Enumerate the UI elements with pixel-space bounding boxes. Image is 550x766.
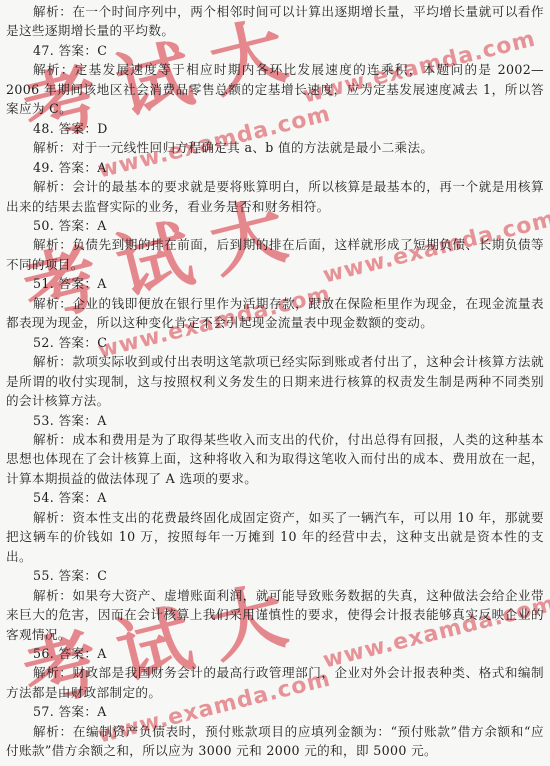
question-number: 52.: [33, 335, 54, 350]
answer-line: 50. 答案：A: [6, 216, 544, 235]
answer-value: A: [97, 218, 106, 233]
answer-value: C: [97, 335, 107, 350]
answer-value: D: [97, 121, 107, 136]
answer-key-page: 解析：在一个时间序列中，两个相邻时间可以计算出逐期增长量，平均增长量就可以看作是…: [6, 2, 544, 761]
question-number: 55.: [33, 568, 54, 583]
analysis-text: 款项实际收到或付出表明这笔款项已经实际到账或者付出了，这种会计核算方法就是所谓的…: [6, 354, 544, 408]
analysis-text: 如果夸大资产、虚增账面利润，就可能导致账务数据的失真，这种做法会给企业带来巨大的…: [6, 588, 544, 642]
analysis-text: 负债先到期的排在前面，后到期的排在后面，这样就形成了短期负债、长期负债等不同的项…: [6, 237, 544, 271]
answer-value: A: [97, 490, 106, 505]
answer-label: 答案：: [58, 335, 97, 350]
analysis-paragraph: 解析：在编制资产负债表时，预付账款项目的应填列金额为：“预付账款”借方余额和“应…: [6, 722, 544, 761]
answer-value: C: [97, 43, 107, 58]
analysis-label: 解析：: [33, 354, 72, 369]
analysis-text: 会计的最基本的要求就是要将账算明白，所以核算是最基本的，再一个就是用核算出来的结…: [6, 179, 544, 213]
answer-value: A: [97, 160, 106, 175]
question-number: 47.: [33, 43, 54, 58]
analysis-paragraph: 解析：款项实际收到或付出表明这笔款项已经实际到账或者付出了，这种会计核算方法就是…: [6, 352, 544, 410]
analysis-label: 解析：: [33, 62, 75, 77]
answer-label: 答案：: [58, 568, 97, 583]
analysis-text: 企业的钱即便放在银行里作为活期存款，跟放在保险柜里作为现金，在现金流量表都表现为…: [6, 296, 544, 330]
analysis-label: 解析：: [33, 665, 72, 680]
answer-label: 答案：: [58, 218, 97, 233]
answer-line: 49. 答案：A: [6, 158, 544, 177]
answer-line: 47. 答案：C: [6, 41, 544, 60]
question-number: 51.: [33, 276, 54, 291]
analysis-text: 成本和费用是为了取得某些收入而支出的代价，付出总得有回报，人类的这种基本思想也体…: [6, 432, 544, 486]
answer-label: 答案：: [58, 490, 97, 505]
analysis-text: 在一个时间序列中，两个相邻时间可以计算出逐期增长量，平均增长量就可以看作是这些逐…: [6, 4, 544, 38]
analysis-paragraph: 解析：会计的最基本的要求就是要将账算明白，所以核算是最基本的，再一个就是用核算出…: [6, 177, 544, 216]
answer-line: 57. 答案：A: [6, 702, 544, 721]
analysis-label: 解析：: [33, 588, 72, 603]
analysis-paragraph: 解析：企业的钱即便放在银行里作为活期存款，跟放在保险柜里作为现金，在现金流量表都…: [6, 294, 544, 333]
analysis-paragraph: 解析：财政部是我国财务会计的最高行政管理部门，企业对外会计报表种类、格式和编制方…: [6, 663, 544, 702]
analysis-label: 解析：: [33, 432, 72, 447]
analysis-paragraph: 解析：负债先到期的排在前面，后到期的排在后面，这样就形成了短期负债、长期负债等不…: [6, 235, 544, 274]
answer-value: C: [97, 568, 107, 583]
answer-line: 56. 答案：A: [6, 644, 544, 663]
question-number: 54.: [33, 490, 54, 505]
question-number: 48.: [33, 121, 54, 136]
answer-label: 答案：: [58, 276, 97, 291]
question-number: 53.: [33, 413, 54, 428]
analysis-label: 解析：: [33, 140, 72, 155]
answer-line: 51. 答案：A: [6, 274, 544, 293]
analysis-text: 在编制资产负债表时，预付账款项目的应填列金额为：“预付账款”借方余额和“应付账款…: [6, 724, 544, 758]
analysis-paragraph: 解析：如果夸大资产、虚增账面利润，就可能导致账务数据的失真，这种做法会给企业带来…: [6, 586, 544, 644]
analysis-text: 财政部是我国财务会计的最高行政管理部门，企业对外会计报表种类、格式和编制方法都是…: [6, 665, 544, 699]
question-number: 50.: [33, 218, 54, 233]
analysis-paragraph: 解析：定基发展速度等于相应时期内各环比发展速度的连乘积，本题问的是 2002—2…: [6, 60, 544, 118]
question-number: 49.: [33, 160, 54, 175]
analysis-paragraph: 解析：对于一元线性回归方程确定其 a、b 值的方法就是最小二乘法。: [6, 138, 544, 157]
answer-value: A: [97, 276, 106, 291]
answer-label: 答案：: [58, 121, 97, 136]
analysis-label: 解析：: [33, 4, 72, 19]
answer-label: 答案：: [58, 413, 97, 428]
analysis-paragraph: 解析：成本和费用是为了取得某些收入而支出的代价，付出总得有回报，人类的这种基本思…: [6, 430, 544, 488]
analysis-label: 解析：: [33, 510, 72, 525]
answer-line: 55. 答案：C: [6, 566, 544, 585]
answer-value: A: [97, 646, 106, 661]
analysis-text: 资本性支出的花费最终固化成固定资产，如买了一辆汽车，可以用 10 年，那就要把这…: [6, 510, 544, 564]
answer-line: 48. 答案：D: [6, 119, 544, 138]
answer-line: 52. 答案：C: [6, 333, 544, 352]
analysis-paragraph: 解析：资本性支出的花费最终固化成固定资产，如买了一辆汽车，可以用 10 年，那就…: [6, 508, 544, 566]
analysis-text: 定基发展速度等于相应时期内各环比发展速度的连乘积，本题问的是 2002—2006…: [6, 62, 544, 116]
analysis-label: 解析：: [33, 724, 73, 739]
analysis-label: 解析：: [33, 296, 72, 311]
analysis-paragraph: 解析：在一个时间序列中，两个相邻时间可以计算出逐期增长量，平均增长量就可以看作是…: [6, 2, 544, 41]
question-number: 57.: [33, 704, 54, 719]
answer-value: A: [97, 704, 106, 719]
answer-label: 答案：: [58, 704, 97, 719]
answer-label: 答案：: [58, 43, 97, 58]
analysis-label: 解析：: [33, 179, 72, 194]
question-number: 56.: [33, 646, 54, 661]
answer-line: 54. 答案：A: [6, 488, 544, 507]
analysis-label: 解析：: [33, 237, 72, 252]
answer-line: 53. 答案：A: [6, 411, 544, 430]
answer-label: 答案：: [58, 646, 97, 661]
analysis-text: 对于一元线性回归方程确定其 a、b 值的方法就是最小二乘法。: [72, 140, 434, 155]
answer-value: A: [97, 413, 106, 428]
answer-label: 答案：: [58, 160, 97, 175]
